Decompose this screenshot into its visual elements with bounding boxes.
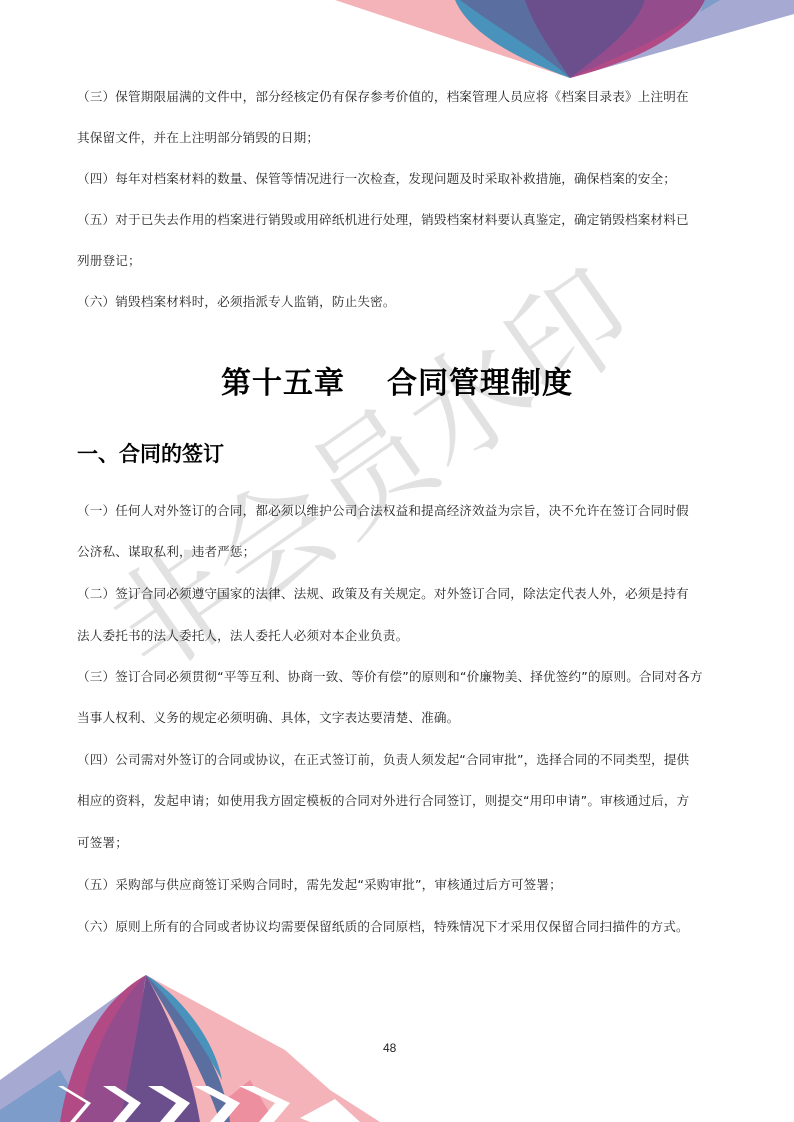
chapter-number: 第十五章 — [221, 366, 345, 401]
bottom-lavender-wedge — [0, 975, 146, 1122]
paragraph-line: 列册登记； — [77, 252, 722, 270]
section-title: 一、合同的签订 — [77, 438, 224, 468]
bottom-pink-wedge — [146, 975, 380, 1122]
bottom-teal-petal — [146, 975, 222, 1080]
chevron-icon — [103, 1086, 141, 1122]
paragraph-line: （二）签订合同必须遵守国家的法律、法规、政策及有关规定。对外签订合同，除法定代表… — [77, 585, 722, 603]
paragraph-line: （五）采购部与供应商签订采购合同时，需先发起“采购审批”，审核通过后方可签署； — [77, 876, 722, 894]
chapter-title: 第十五章合同管理制度 — [0, 358, 794, 402]
chevron-icon — [58, 1086, 91, 1122]
paragraph-line: （四）每年对档案材料的数量、保管等情况进行一次检查，发现问题及时采取补救措施，确… — [77, 170, 722, 188]
watermark: 非会员水印 — [150, 455, 630, 695]
paragraph-line: （三）签订合同必须贯彻“平等互利、协商一致、等价有偿”的原则和“价廉物美、择优签… — [77, 668, 722, 686]
paragraph-line: （六）原则上所有的合同或者协议均需要保留纸质的合同原档，特殊情况下才采用仅保留合… — [77, 918, 722, 936]
top-purple-core — [525, 0, 645, 78]
paragraph-line: 可签署； — [77, 834, 722, 852]
bottom-slate-petal — [146, 975, 230, 1122]
bottom-blue-wedge — [0, 1070, 90, 1122]
bottom-purple-core — [120, 975, 200, 1122]
chevron-icon — [300, 1099, 360, 1122]
paragraph-line: 相应的资料，发起申请；如使用我方固定模板的合同对外进行合同签订，则提交“用印申请… — [77, 792, 722, 810]
paragraph-line: 公济私、谋取私利，违者严惩； — [77, 543, 722, 561]
bottom-pink-right — [335, 1100, 372, 1122]
top-lavender-wedge — [570, 0, 794, 78]
top-pink-wedge — [335, 0, 570, 78]
paragraph-line: （一）任何人对外签订的合同，都必须以维护公司合法权益和提高经济效益为宗旨，决不允… — [77, 502, 722, 520]
paragraph-line: 其保留文件，并在上注明部分销毁的日期； — [77, 129, 722, 147]
top-slate-petal — [460, 0, 570, 78]
top-blue-sliver — [700, 0, 720, 12]
bottom-magenta-bright-petal — [60, 975, 146, 1122]
paragraph-line: 法人委托书的法人委托人，法人委托人必须对本企业负责。 — [77, 627, 722, 645]
top-magenta-bright-petal — [570, 18, 690, 78]
chevron-icon — [239, 1086, 290, 1122]
chapter-name: 合同管理制度 — [387, 366, 573, 401]
page-number: 48 — [383, 1041, 396, 1055]
paragraph-line: （六）销毁档案材料时，必须指派专人监销，防止失密。 — [77, 293, 722, 311]
top-decoration — [0, 0, 794, 90]
top-magenta-petal — [570, 0, 705, 78]
paragraph-line: 当事人权利、义务的规定必须明确、具体，文字表达要清楚、准确。 — [77, 709, 722, 727]
top-teal-petal — [455, 0, 570, 78]
paragraph-line: （五）对于已失去作用的档案进行销毁或用碎纸机进行处理，销毁档案材料要认真鉴定，确… — [77, 211, 722, 229]
bottom-decoration — [0, 960, 794, 1122]
chevron-arrows — [58, 1086, 360, 1122]
paragraph-line: （四）公司需对外签订的合同或协议，在正式签订前，负责人须发起“合同审批”，选择合… — [77, 751, 722, 769]
bottom-magenta-petal — [80, 975, 146, 1122]
bottom-pink-dark — [225, 1080, 275, 1122]
paragraph-line: （三）保管期限届满的文件中，部分经核定仍有保存参考价值的，档案管理人员应将《档案… — [77, 88, 722, 106]
chevron-icon — [194, 1086, 240, 1122]
chevron-icon — [148, 1086, 190, 1122]
